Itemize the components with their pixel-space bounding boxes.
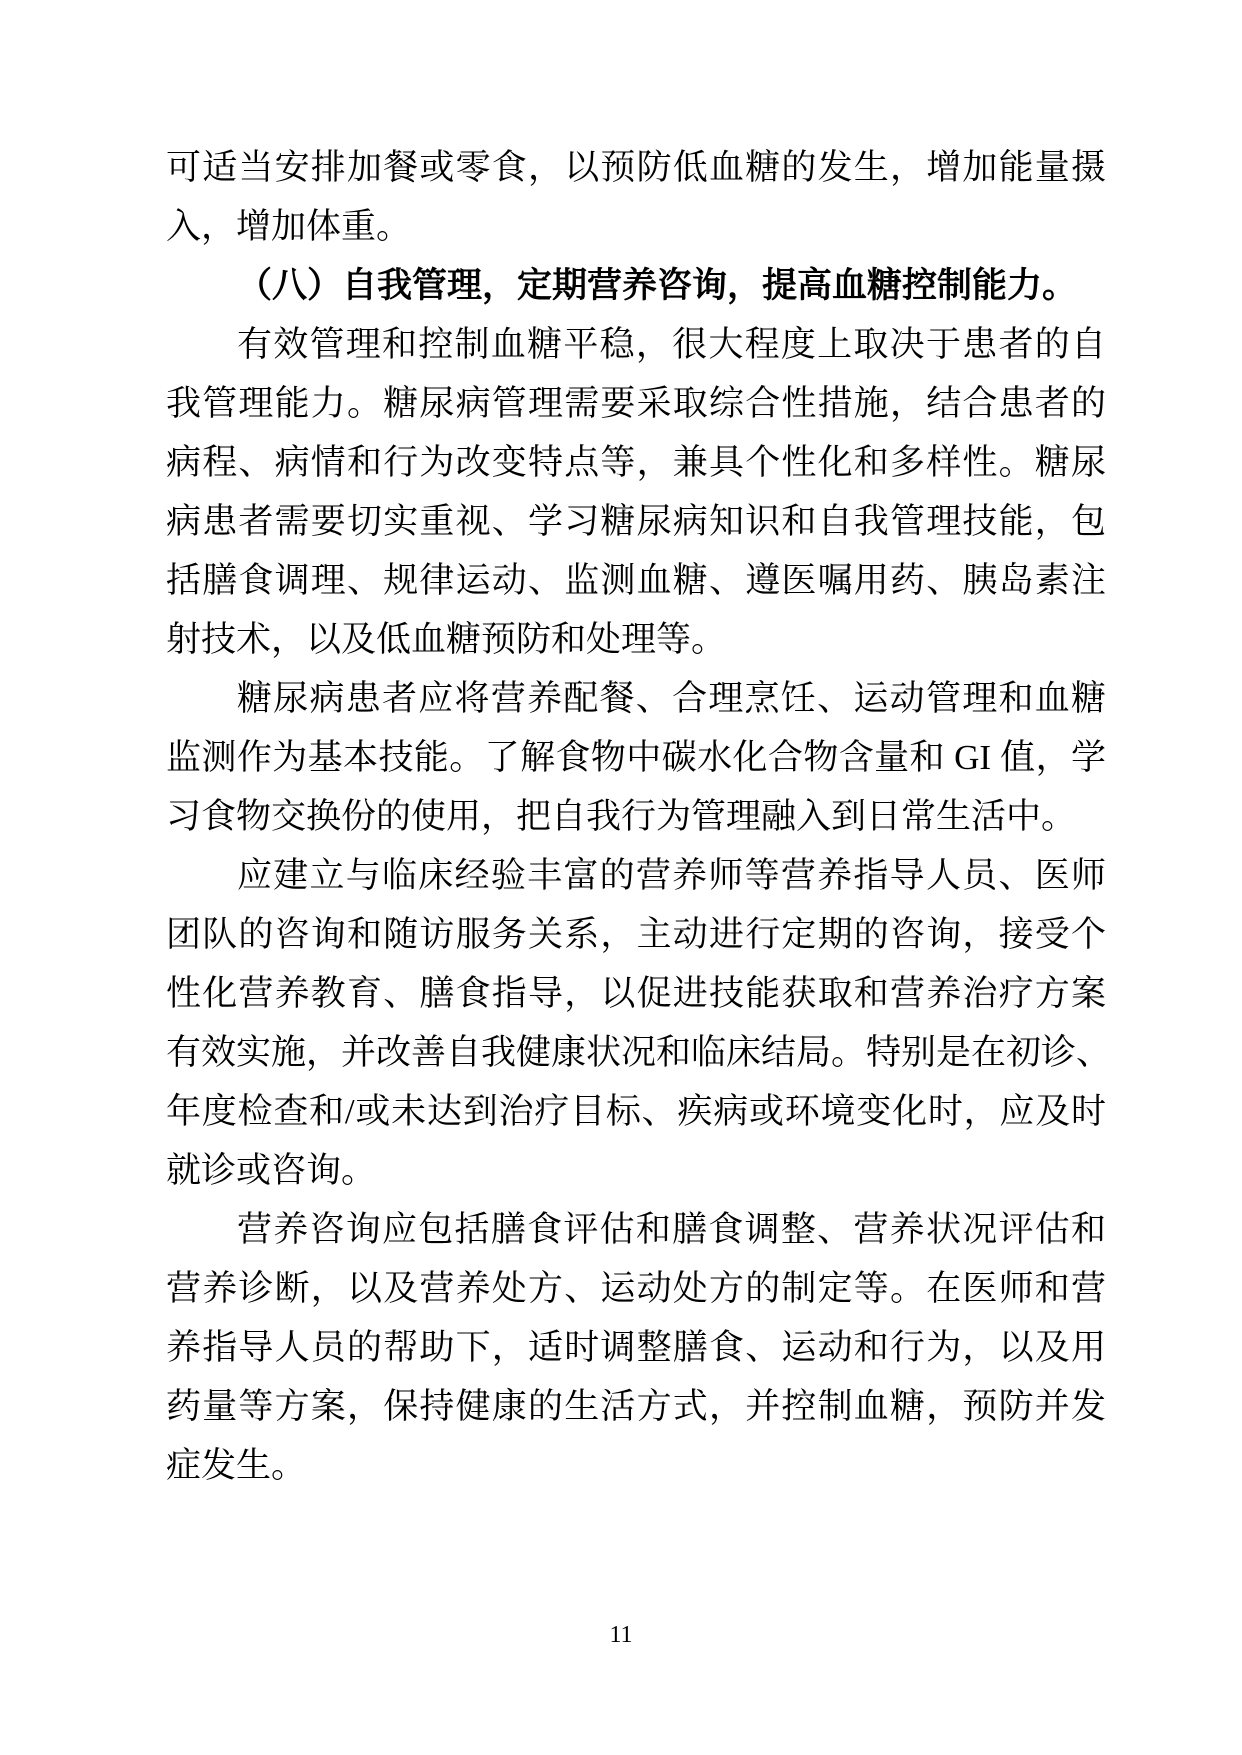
text-line: 性化营养教育、膳食指导，以促进技能获取和营养治疗方案	[166, 964, 1106, 1023]
text-line: 药量等方案，保持健康的生活方式，并控制血糖，预防并发	[166, 1377, 1106, 1436]
text-line: 营养咨询应包括膳食评估和膳食调整、营养状况评估和	[166, 1200, 1106, 1259]
text-line: 入，增加体重。	[166, 197, 1106, 256]
text-line: 症发生。	[166, 1436, 1106, 1495]
text-line: 年度检查和/或未达到治疗目标、疾病或环境变化时，应及时	[166, 1082, 1106, 1141]
text-line: 我管理能力。糖尿病管理需要采取综合性措施，结合患者的	[166, 374, 1106, 433]
text-line: 就诊或咨询。	[166, 1141, 1106, 1200]
text-line: 习食物交换份的使用，把自我行为管理融入到日常生活中。	[166, 787, 1106, 846]
text-line: 有效实施，并改善自我健康状况和临床结局。特别是在初诊、	[166, 1023, 1106, 1082]
text-line: 应建立与临床经验丰富的营养师等营养指导人员、医师	[166, 846, 1106, 905]
paragraph: （八）自我管理，定期营养咨询，提高血糖控制能力。	[166, 256, 1106, 315]
text-line: 射技术，以及低血糖预防和处理等。	[166, 610, 1106, 669]
document-text-block: 可适当安排加餐或零食，以预防低血糖的发生，增加能量摄 入，增加体重。 （八）自我…	[166, 138, 1106, 1495]
text-line: 糖尿病患者应将营养配餐、合理烹饪、运动管理和血糖	[166, 669, 1106, 728]
paragraph: 糖尿病患者应将营养配餐、合理烹饪、运动管理和血糖 监测作为基本技能。了解食物中碳…	[166, 669, 1106, 846]
paragraph: 营养咨询应包括膳食评估和膳食调整、营养状况评估和 营养诊断，以及营养处方、运动处…	[166, 1200, 1106, 1495]
text-line: 括膳食调理、规律运动、监测血糖、遵医嘱用药、胰岛素注	[166, 551, 1106, 610]
text-line: 可适当安排加餐或零食，以预防低血糖的发生，增加能量摄	[166, 138, 1106, 197]
text-line: 病程、病情和行为改变特点等，兼具个性化和多样性。糖尿	[166, 433, 1106, 492]
text-line: 团队的咨询和随访服务关系，主动进行定期的咨询，接受个	[166, 905, 1106, 964]
text-line: 养指导人员的帮助下，适时调整膳食、运动和行为，以及用	[166, 1318, 1106, 1377]
paragraph: 应建立与临床经验丰富的营养师等营养指导人员、医师 团队的咨询和随访服务关系，主动…	[166, 846, 1106, 1200]
text-line: 监测作为基本技能。了解食物中碳水化合物含量和 GI 值，学	[166, 728, 1106, 787]
paragraph: 可适当安排加餐或零食，以预防低血糖的发生，增加能量摄 入，增加体重。	[166, 138, 1106, 256]
text-line: 有效管理和控制血糖平稳，很大程度上取决于患者的自	[166, 315, 1106, 374]
page-number: 11	[0, 1620, 1242, 1650]
text-line: 病患者需要切实重视、学习糖尿病知识和自我管理技能，包	[166, 492, 1106, 551]
text-line: 营养诊断，以及营养处方、运动处方的制定等。在医师和营	[166, 1259, 1106, 1318]
document-page: 可适当安排加餐或零食，以预防低血糖的发生，增加能量摄 入，增加体重。 （八）自我…	[0, 0, 1242, 1755]
section-heading: （八）自我管理，定期营养咨询，提高血糖控制能力。	[166, 256, 1106, 315]
paragraph: 有效管理和控制血糖平稳，很大程度上取决于患者的自 我管理能力。糖尿病管理需要采取…	[166, 315, 1106, 669]
